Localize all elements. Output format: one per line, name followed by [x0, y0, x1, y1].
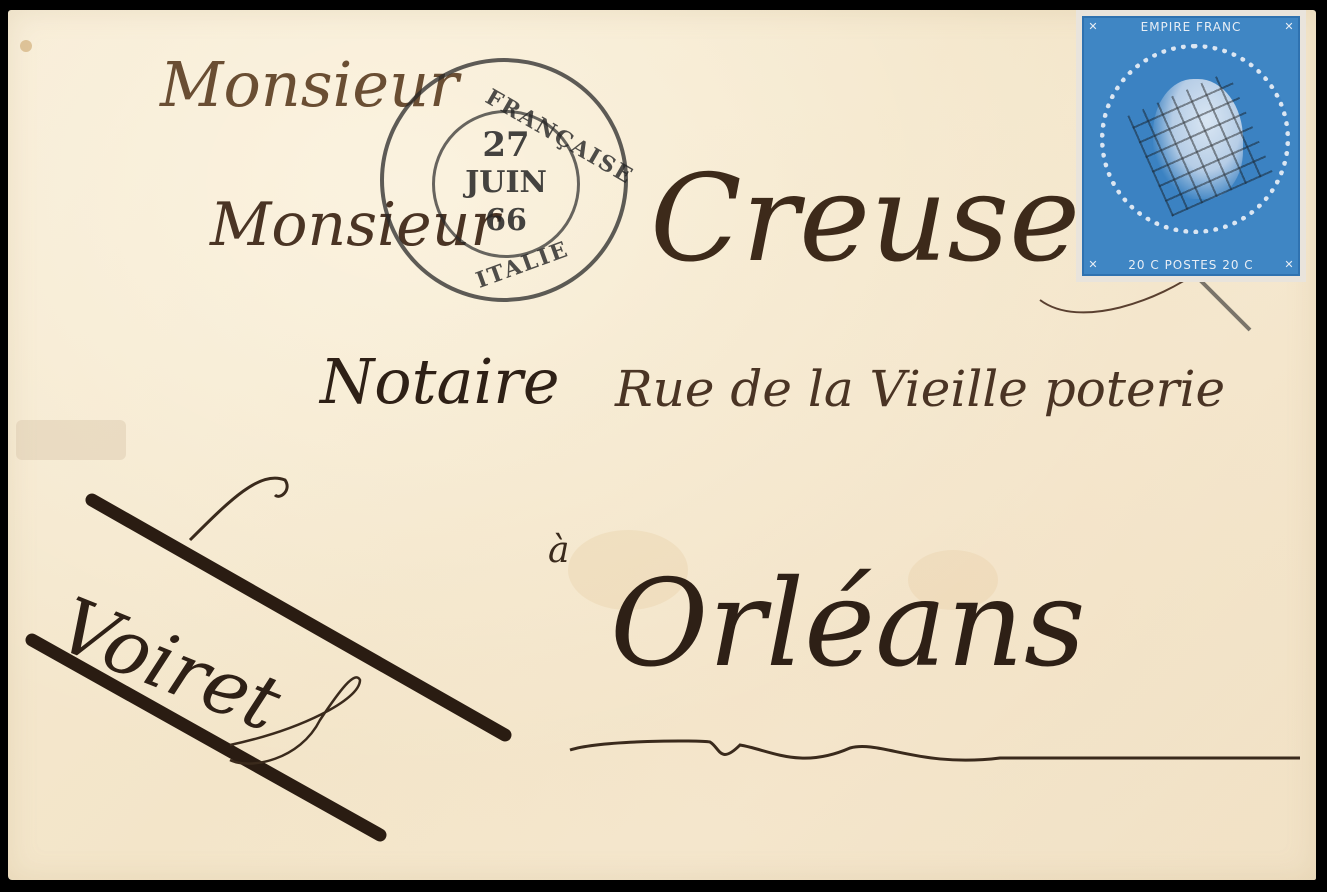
recipient-city: Orléans — [610, 555, 1086, 694]
corner-ornament-icon: ✕ — [1281, 19, 1297, 35]
postmark-year: 66 — [435, 203, 577, 238]
postmark-day: 27 — [435, 125, 577, 165]
postmark: FRANÇAISE ITALIE 27 JUIN 66 — [380, 58, 628, 302]
postmark-date-circle: 27 JUIN 66 — [432, 110, 580, 258]
postage-stamp: ✕ ✕ ✕ ✕ EMPIRE FRANC 20 C POSTES 20 C — [1076, 10, 1306, 282]
city-prefix: à — [548, 530, 569, 571]
corner-ornament-icon: ✕ — [1281, 257, 1297, 273]
corner-ornament-icon: ✕ — [1085, 257, 1101, 273]
grid-cancel-icon — [1127, 71, 1272, 216]
stamp-bottom-text: 20 C POSTES 20 C — [1102, 256, 1280, 274]
corner-ornament-icon: ✕ — [1085, 19, 1101, 35]
recipient-title: Notaire — [320, 345, 560, 418]
recipient-name: Creuset — [650, 150, 1128, 289]
stamp-frame: ✕ ✕ ✕ ✕ EMPIRE FRANC 20 C POSTES 20 C — [1082, 16, 1300, 276]
stamp-top-text: EMPIRE FRANC — [1102, 18, 1280, 36]
postmark-month: JUIN — [435, 165, 577, 200]
recipient-street: Rue de la Vieille poterie — [615, 360, 1225, 418]
underline-flourish — [570, 741, 1300, 760]
stamp-medallion — [1100, 44, 1290, 234]
